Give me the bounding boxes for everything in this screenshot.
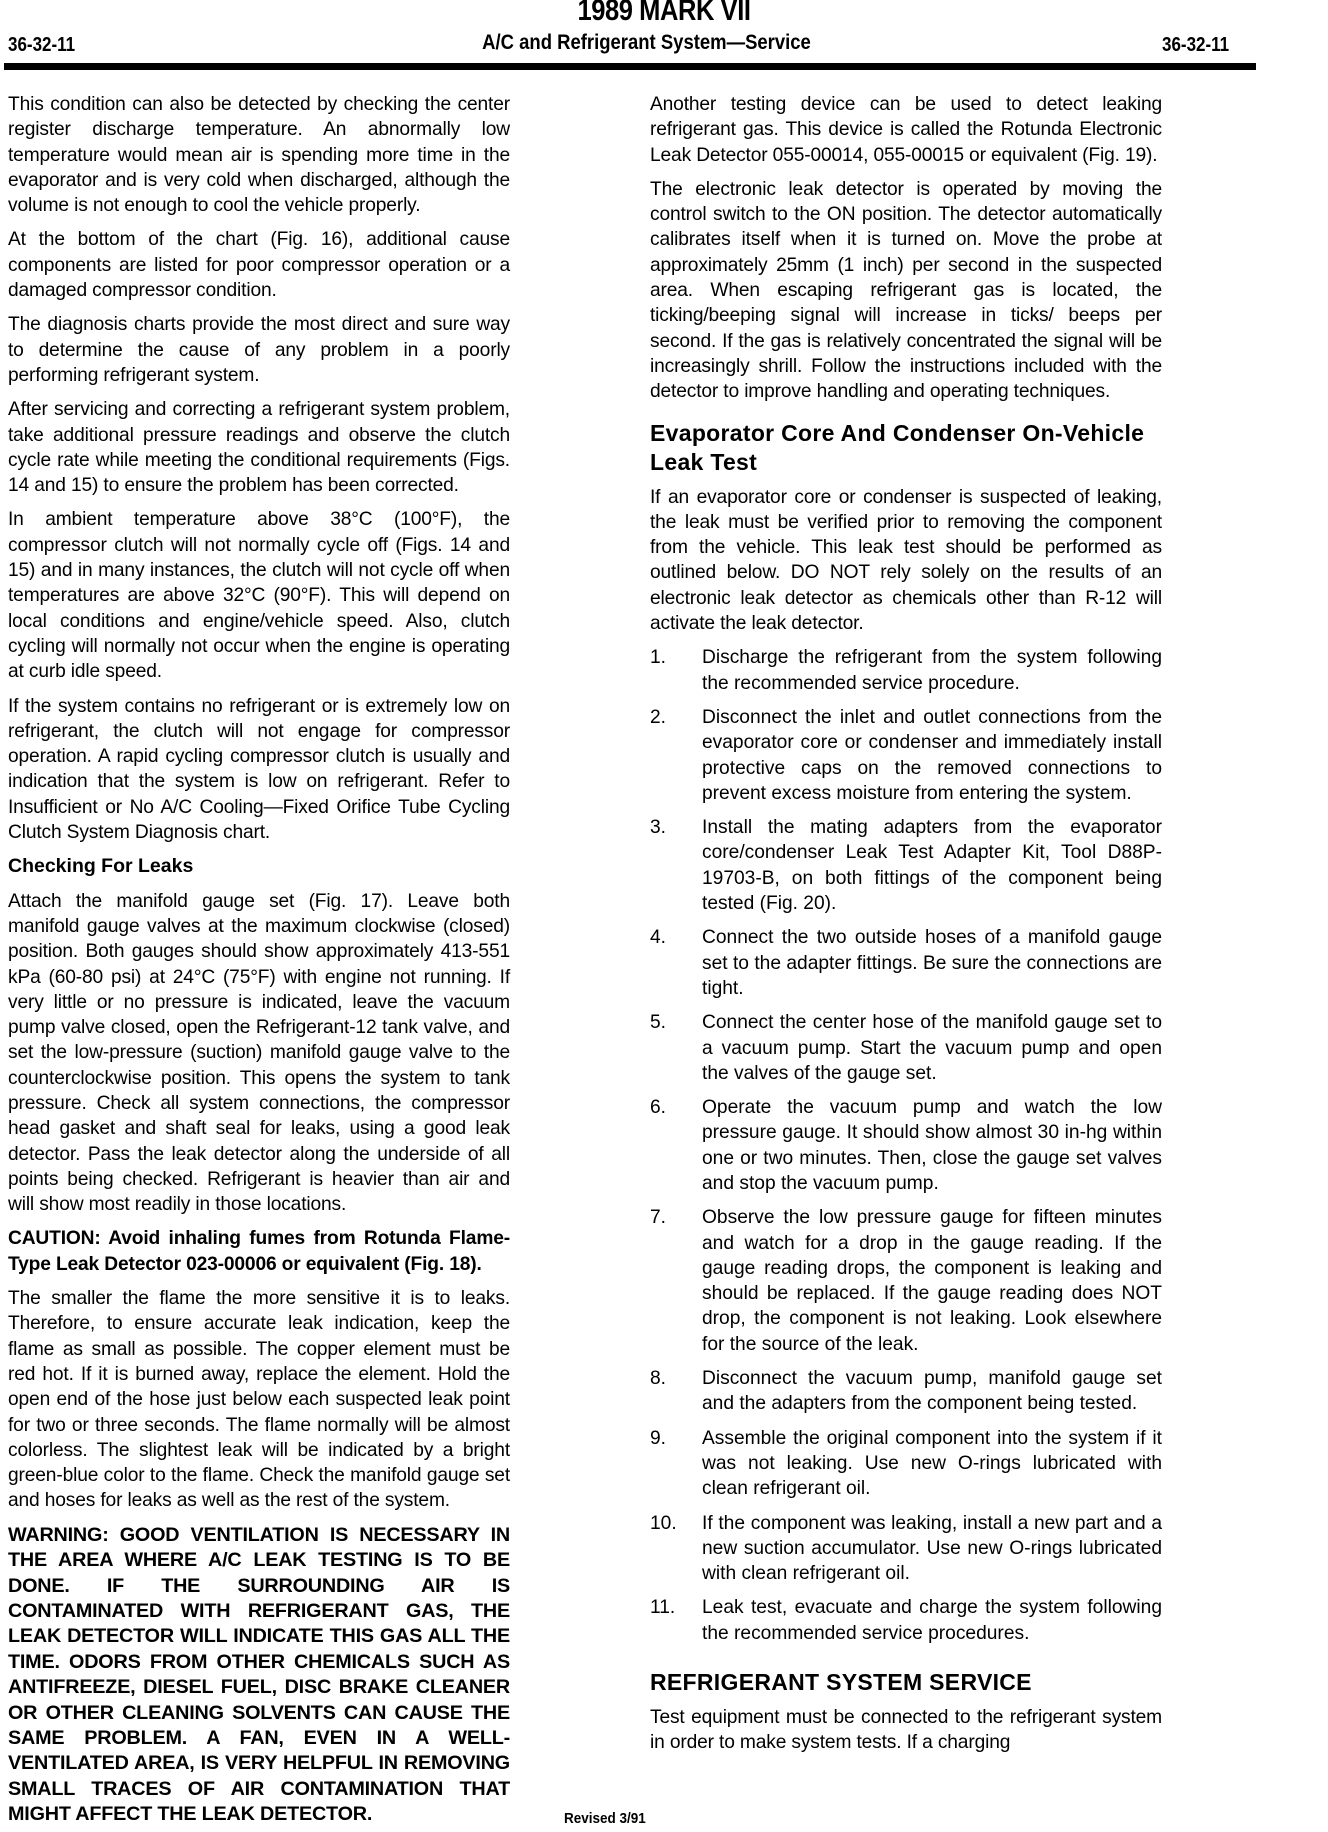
step-text: Install the mating adapters from the eva… xyxy=(702,815,1162,916)
paragraph: Attach the manifold gauge set (Fig. 17).… xyxy=(8,889,510,1218)
step-text: Disconnect the vacuum pump, manifold gau… xyxy=(702,1366,1162,1417)
procedure-step: 6.Operate the vacuum pump and watch the … xyxy=(650,1095,1162,1196)
procedure-step: 1.Discharge the refrigerant from the sys… xyxy=(650,645,1162,696)
right-column: Another testing device can be used to de… xyxy=(650,92,1162,1765)
step-text: Leak test, evacuate and charge the syste… xyxy=(702,1595,1162,1646)
step-number: 10. xyxy=(650,1511,702,1587)
refrigerant-system-service-heading: REFRIGERANT SYSTEM SERVICE xyxy=(650,1668,1162,1697)
step-number: 11. xyxy=(650,1595,702,1646)
step-text: Assemble the original component into the… xyxy=(702,1426,1162,1502)
paragraph: At the bottom of the chart (Fig. 16), ad… xyxy=(8,227,510,303)
step-number: 8. xyxy=(650,1366,702,1417)
header-rule xyxy=(4,63,1256,70)
paragraph: The electronic leak detector is operated… xyxy=(650,177,1162,405)
evaporator-leak-test-heading: Evaporator Core And Condenser On-Vehicle… xyxy=(650,419,1162,477)
revision-footer: Revised 3/91 xyxy=(564,1810,646,1827)
step-number: 2. xyxy=(650,705,702,806)
step-text: Disconnect the inlet and outlet connecti… xyxy=(702,705,1162,806)
paragraph: If an evaporator core or condenser is su… xyxy=(650,485,1162,637)
document-title: 1989 MARK VII xyxy=(100,0,1229,28)
paragraph: This condition can also be detected by c… xyxy=(8,92,510,218)
procedure-step: 2.Disconnect the inlet and outlet connec… xyxy=(650,705,1162,806)
step-number: 3. xyxy=(650,815,702,916)
step-number: 6. xyxy=(650,1095,702,1196)
procedure-step: 9.Assemble the original component into t… xyxy=(650,1426,1162,1502)
caution-note: CAUTION: Avoid inhaling fumes from Rotun… xyxy=(8,1226,510,1277)
checking-for-leaks-heading: Checking For Leaks xyxy=(8,854,510,879)
step-text: If the component was leaking, install a … xyxy=(702,1511,1162,1587)
step-number: 1. xyxy=(650,645,702,696)
paragraph: After servicing and correcting a refrige… xyxy=(8,397,510,498)
procedure-step: 11.Leak test, evacuate and charge the sy… xyxy=(650,1595,1162,1646)
step-number: 4. xyxy=(650,925,702,1001)
procedure-step: 8.Disconnect the vacuum pump, manifold g… xyxy=(650,1366,1162,1417)
paragraph: In ambient temperature above 38°C (100°F… xyxy=(8,507,510,684)
paragraph: The diagnosis charts provide the most di… xyxy=(8,312,510,388)
step-text: Observe the low pressure gauge for fifte… xyxy=(702,1205,1162,1357)
section-subtitle: A/C and Refrigerant System—Service xyxy=(47,31,1246,55)
procedure-step: 7.Observe the low pressure gauge for fif… xyxy=(650,1205,1162,1357)
left-column: This condition can also be detected by c… xyxy=(8,92,510,1828)
procedure-steps: 1.Discharge the refrigerant from the sys… xyxy=(650,645,1162,1646)
procedure-step: 3.Install the mating adapters from the e… xyxy=(650,815,1162,916)
paragraph: Test equipment must be connected to the … xyxy=(650,1705,1162,1756)
paragraph: Another testing device can be used to de… xyxy=(650,92,1162,168)
step-number: 5. xyxy=(650,1010,702,1086)
step-text: Connect the two outside hoses of a manif… xyxy=(702,925,1162,1001)
step-number: 7. xyxy=(650,1205,702,1357)
step-number: 9. xyxy=(650,1426,702,1502)
step-text: Connect the center hose of the manifold … xyxy=(702,1010,1162,1086)
procedure-step: 5.Connect the center hose of the manifol… xyxy=(650,1010,1162,1086)
section-code-right: 36-32-11 xyxy=(1162,34,1229,57)
procedure-step: 10.If the component was leaking, install… xyxy=(650,1511,1162,1587)
procedure-step: 4.Connect the two outside hoses of a man… xyxy=(650,925,1162,1001)
warning-note: WARNING: GOOD VENTILATION IS NECESSARY I… xyxy=(8,1523,510,1828)
step-text: Discharge the refrigerant from the syste… xyxy=(702,645,1162,696)
paragraph: If the system contains no refrigerant or… xyxy=(8,694,510,846)
paragraph: The smaller the flame the more sensitive… xyxy=(8,1286,510,1514)
step-text: Operate the vacuum pump and watch the lo… xyxy=(702,1095,1162,1196)
page-header: 1989 MARK VII 36-32-11 A/C and Refrigera… xyxy=(0,0,1328,70)
